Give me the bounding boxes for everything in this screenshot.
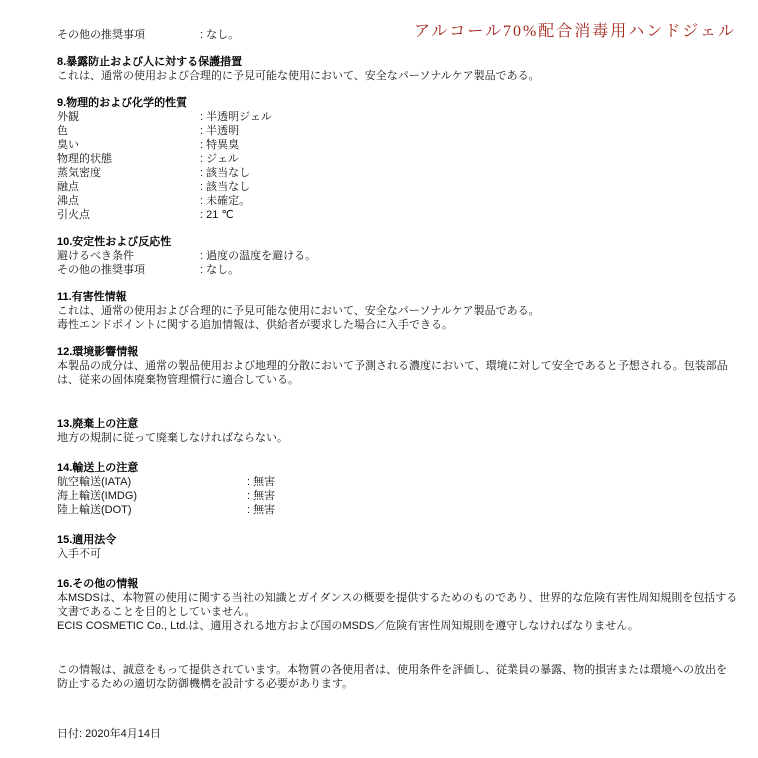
property-row: 引火点: 21 ℃	[57, 208, 738, 222]
property-value: : 半透明ジェル	[200, 110, 738, 124]
msds-section: 15.適用法令入手不可	[57, 533, 738, 561]
section-heading: 16.その他の情報	[57, 577, 738, 591]
section-heading: 10.安定性および反応性	[57, 235, 738, 249]
property-value: : 過度の温度を避ける。	[200, 249, 738, 263]
property-row: 外観: 半透明ジェル	[57, 110, 738, 124]
msds-section: 13.廃棄上の注意地方の規制に従って廃棄しなければならない。	[57, 417, 738, 445]
date-line: 日付: 2020年4月14日	[57, 727, 738, 741]
property-label: 航空輸送(IATA)	[57, 475, 247, 489]
property-row: 臭い: 特異臭	[57, 138, 738, 152]
section-heading: 11.有害性情報	[57, 290, 738, 304]
msds-section: 16.その他の情報本MSDSは、本物質の使用に関する当社の知識とガイダンスの概要…	[57, 577, 738, 633]
property-label: 沸点	[57, 194, 200, 208]
msds-section: 10.安定性および反応性避けるべき条件: 過度の温度を避ける。その他の推奨事項:…	[57, 235, 738, 277]
property-label: 外観	[57, 110, 200, 124]
property-value: : 該当なし	[200, 166, 738, 180]
section-heading: 14.輸送上の注意	[57, 461, 738, 475]
property-label: 色	[57, 124, 200, 138]
msds-section: 14.輸送上の注意航空輸送(IATA): 無害海上輸送(IMDG): 無害陸上輸…	[57, 461, 738, 517]
property-label: 引火点	[57, 208, 200, 222]
msds-section: 8.暴露防止および人に対する保護措置これは、通常の使用および合理的に予見可能な使…	[57, 55, 738, 83]
section-heading: 8.暴露防止および人に対する保護措置	[57, 55, 738, 69]
property-label: 陸上輸送(DOT)	[57, 503, 247, 517]
property-row: その他の推奨事項: なし。	[57, 263, 738, 277]
other-recommendations-row: その他の推奨事項 : なし。	[57, 28, 738, 42]
section-paragraph: これは、通常の使用および合理的に予見可能な使用において、安全なパーソナルケア製品…	[57, 69, 738, 83]
msds-document-page: アルコール70%配合消毒用ハンドジェル その他の推奨事項 : なし。 8.暴露防…	[0, 0, 758, 758]
property-value: : 半透明	[200, 124, 738, 138]
property-label: 蒸気密度	[57, 166, 200, 180]
property-label: 避けるべき条件	[57, 249, 200, 263]
property-row: 沸点: 未確定。	[57, 194, 738, 208]
section-heading: 13.廃棄上の注意	[57, 417, 738, 431]
property-value: : 無害	[247, 475, 738, 489]
property-label: 臭い	[57, 138, 200, 152]
document-body: その他の推奨事項 : なし。 8.暴露防止および人に対する保護措置これは、通常の…	[57, 28, 738, 741]
property-value: : 特異臭	[200, 138, 738, 152]
msds-section: 9.物理的および化学的性質外観: 半透明ジェル色: 半透明臭い: 特異臭物理的状…	[57, 96, 738, 222]
property-row: 物理的状態: ジェル	[57, 152, 738, 166]
section-paragraph: 本製品の成分は、通常の製品使用および地理的分散において予測される濃度において、環…	[57, 359, 738, 387]
section-paragraph: ECIS COSMETIC Co., Ltd.は、適用される地方および国のMSD…	[57, 619, 738, 633]
property-row: 色: 半透明	[57, 124, 738, 138]
property-value: : 無害	[247, 489, 738, 503]
section-paragraph: 本MSDSは、本物質の使用に関する当社の知識とガイダンスの概要を提供するためのも…	[57, 591, 738, 619]
property-value: : なし。	[200, 263, 738, 277]
property-label: 海上輸送(IMDG)	[57, 489, 247, 503]
good-faith-disclaimer: この情報は、誠意をもって提供されています。本物質の各使用者は、使用条件を評価し、…	[57, 663, 738, 691]
section-paragraph: 地方の規制に従って廃棄しなければならない。	[57, 431, 738, 445]
property-row: 陸上輸送(DOT): 無害	[57, 503, 738, 517]
msds-section: 11.有害性情報これは、通常の使用および合理的に予見可能な使用において、安全なパ…	[57, 290, 738, 332]
sections-container: 8.暴露防止および人に対する保護措置これは、通常の使用および合理的に予見可能な使…	[57, 55, 738, 633]
property-label: 融点	[57, 180, 200, 194]
property-value: : 未確定。	[200, 194, 738, 208]
property-value: : ジェル	[200, 152, 738, 166]
property-row: 避けるべき条件: 過度の温度を避ける。	[57, 249, 738, 263]
section-heading: 15.適用法令	[57, 533, 738, 547]
property-row: 海上輸送(IMDG): 無害	[57, 489, 738, 503]
property-label: その他の推奨事項	[57, 28, 200, 42]
property-value: : 21 ℃	[200, 208, 738, 222]
property-row: 融点: 該当なし	[57, 180, 738, 194]
section-heading: 12.環境影響情報	[57, 345, 738, 359]
property-row: 蒸気密度: 該当なし	[57, 166, 738, 180]
section-paragraph: これは、通常の使用および合理的に予見可能な使用において、安全なパーソナルケア製品…	[57, 304, 738, 318]
section-paragraph: 入手不可	[57, 547, 738, 561]
property-value: : 無害	[247, 503, 738, 517]
property-label: その他の推奨事項	[57, 263, 200, 277]
property-label: 物理的状態	[57, 152, 200, 166]
section-paragraph: 毒性エンドポイントに関する追加情報は、供給者が要求した場合に入手できる。	[57, 318, 738, 332]
msds-section: 12.環境影響情報本製品の成分は、通常の製品使用および地理的分散において予測され…	[57, 345, 738, 387]
property-value: : なし。	[200, 28, 738, 42]
section-heading: 9.物理的および化学的性質	[57, 96, 738, 110]
property-row: 航空輸送(IATA): 無害	[57, 475, 738, 489]
property-value: : 該当なし	[200, 180, 738, 194]
